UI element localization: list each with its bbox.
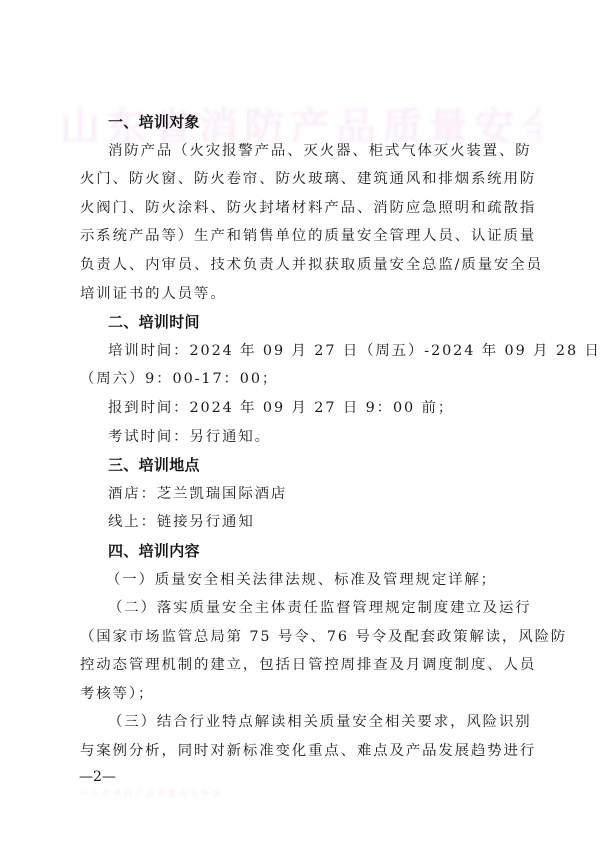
section-heading-training-content: 四、培训内容: [80, 537, 522, 566]
paragraph-line: 消防产品（火灾报警产品、灭火器、柜式气体灭火装置、防: [80, 137, 522, 166]
section-heading-training-targets: 一、培训对象: [80, 108, 522, 137]
content-item-2: （二）落实质量安全主体责任监督管理规定制度建立及运行: [80, 594, 522, 623]
page-number: —2—: [79, 769, 116, 785]
training-time-line-cont: （周六）9：00-17：00；: [80, 365, 522, 394]
check-in-time-line: 报到时间：2024 年 09 月 27 日 9：00 前；: [80, 394, 522, 423]
content-item-2-cont: （国家市场监管总局第 75 号令、76 号令及配套政策解读，风险防: [80, 623, 522, 652]
back-page-bleed-through-footer: 山东省消防产品质量安全协会: [80, 788, 540, 798]
section-heading-training-time: 二、培训时间: [80, 308, 522, 337]
paragraph-line: 火门、防火窗、防火卷帘、防火玻璃、建筑通风和排烟系统用防: [80, 165, 522, 194]
document-page: 一、培训对象 消防产品（火灾报警产品、灭火器、柜式气体灭火装置、防 火门、防火窗…: [80, 108, 522, 766]
online-line: 线上：链接另行通知: [80, 508, 522, 537]
paragraph-line: 负责人、内审员、技术负责人并拟获取质量安全总监/质量安全员: [80, 251, 522, 280]
content-item-2-cont: 控动态管理机制的建立，包括日管控周排查及月调度制度、人员: [80, 651, 522, 680]
exam-time-line: 考试时间：另行通知。: [80, 423, 522, 452]
hotel-line: 酒店：芝兰凯瑞国际酒店: [80, 480, 522, 509]
content-item-3: （三）结合行业特点解读相关质量安全相关要求，风险识别: [80, 708, 522, 737]
paragraph-line: 培训证书的人员等。: [80, 280, 522, 309]
training-time-line: 培训时间：2024 年 09 月 27 日（周五）-2024 年 09 月 28…: [80, 337, 522, 366]
content-item-1: （一）质量安全相关法律法规、标准及管理规定详解；: [80, 566, 522, 595]
content-item-3-cont: 与案例分析，同时对新标准变化重点、难点及产品发展趋势进行: [80, 737, 522, 766]
content-item-2-cont: 考核等）；: [80, 680, 522, 709]
section-heading-training-location: 三、培训地点: [80, 451, 522, 480]
paragraph-line: 火阀门、防火涂料、防火封堵材料产品、消防应急照明和疏散指: [80, 194, 522, 223]
paragraph-line: 示系统产品等）生产和销售单位的质量安全管理人员、认证质量: [80, 222, 522, 251]
